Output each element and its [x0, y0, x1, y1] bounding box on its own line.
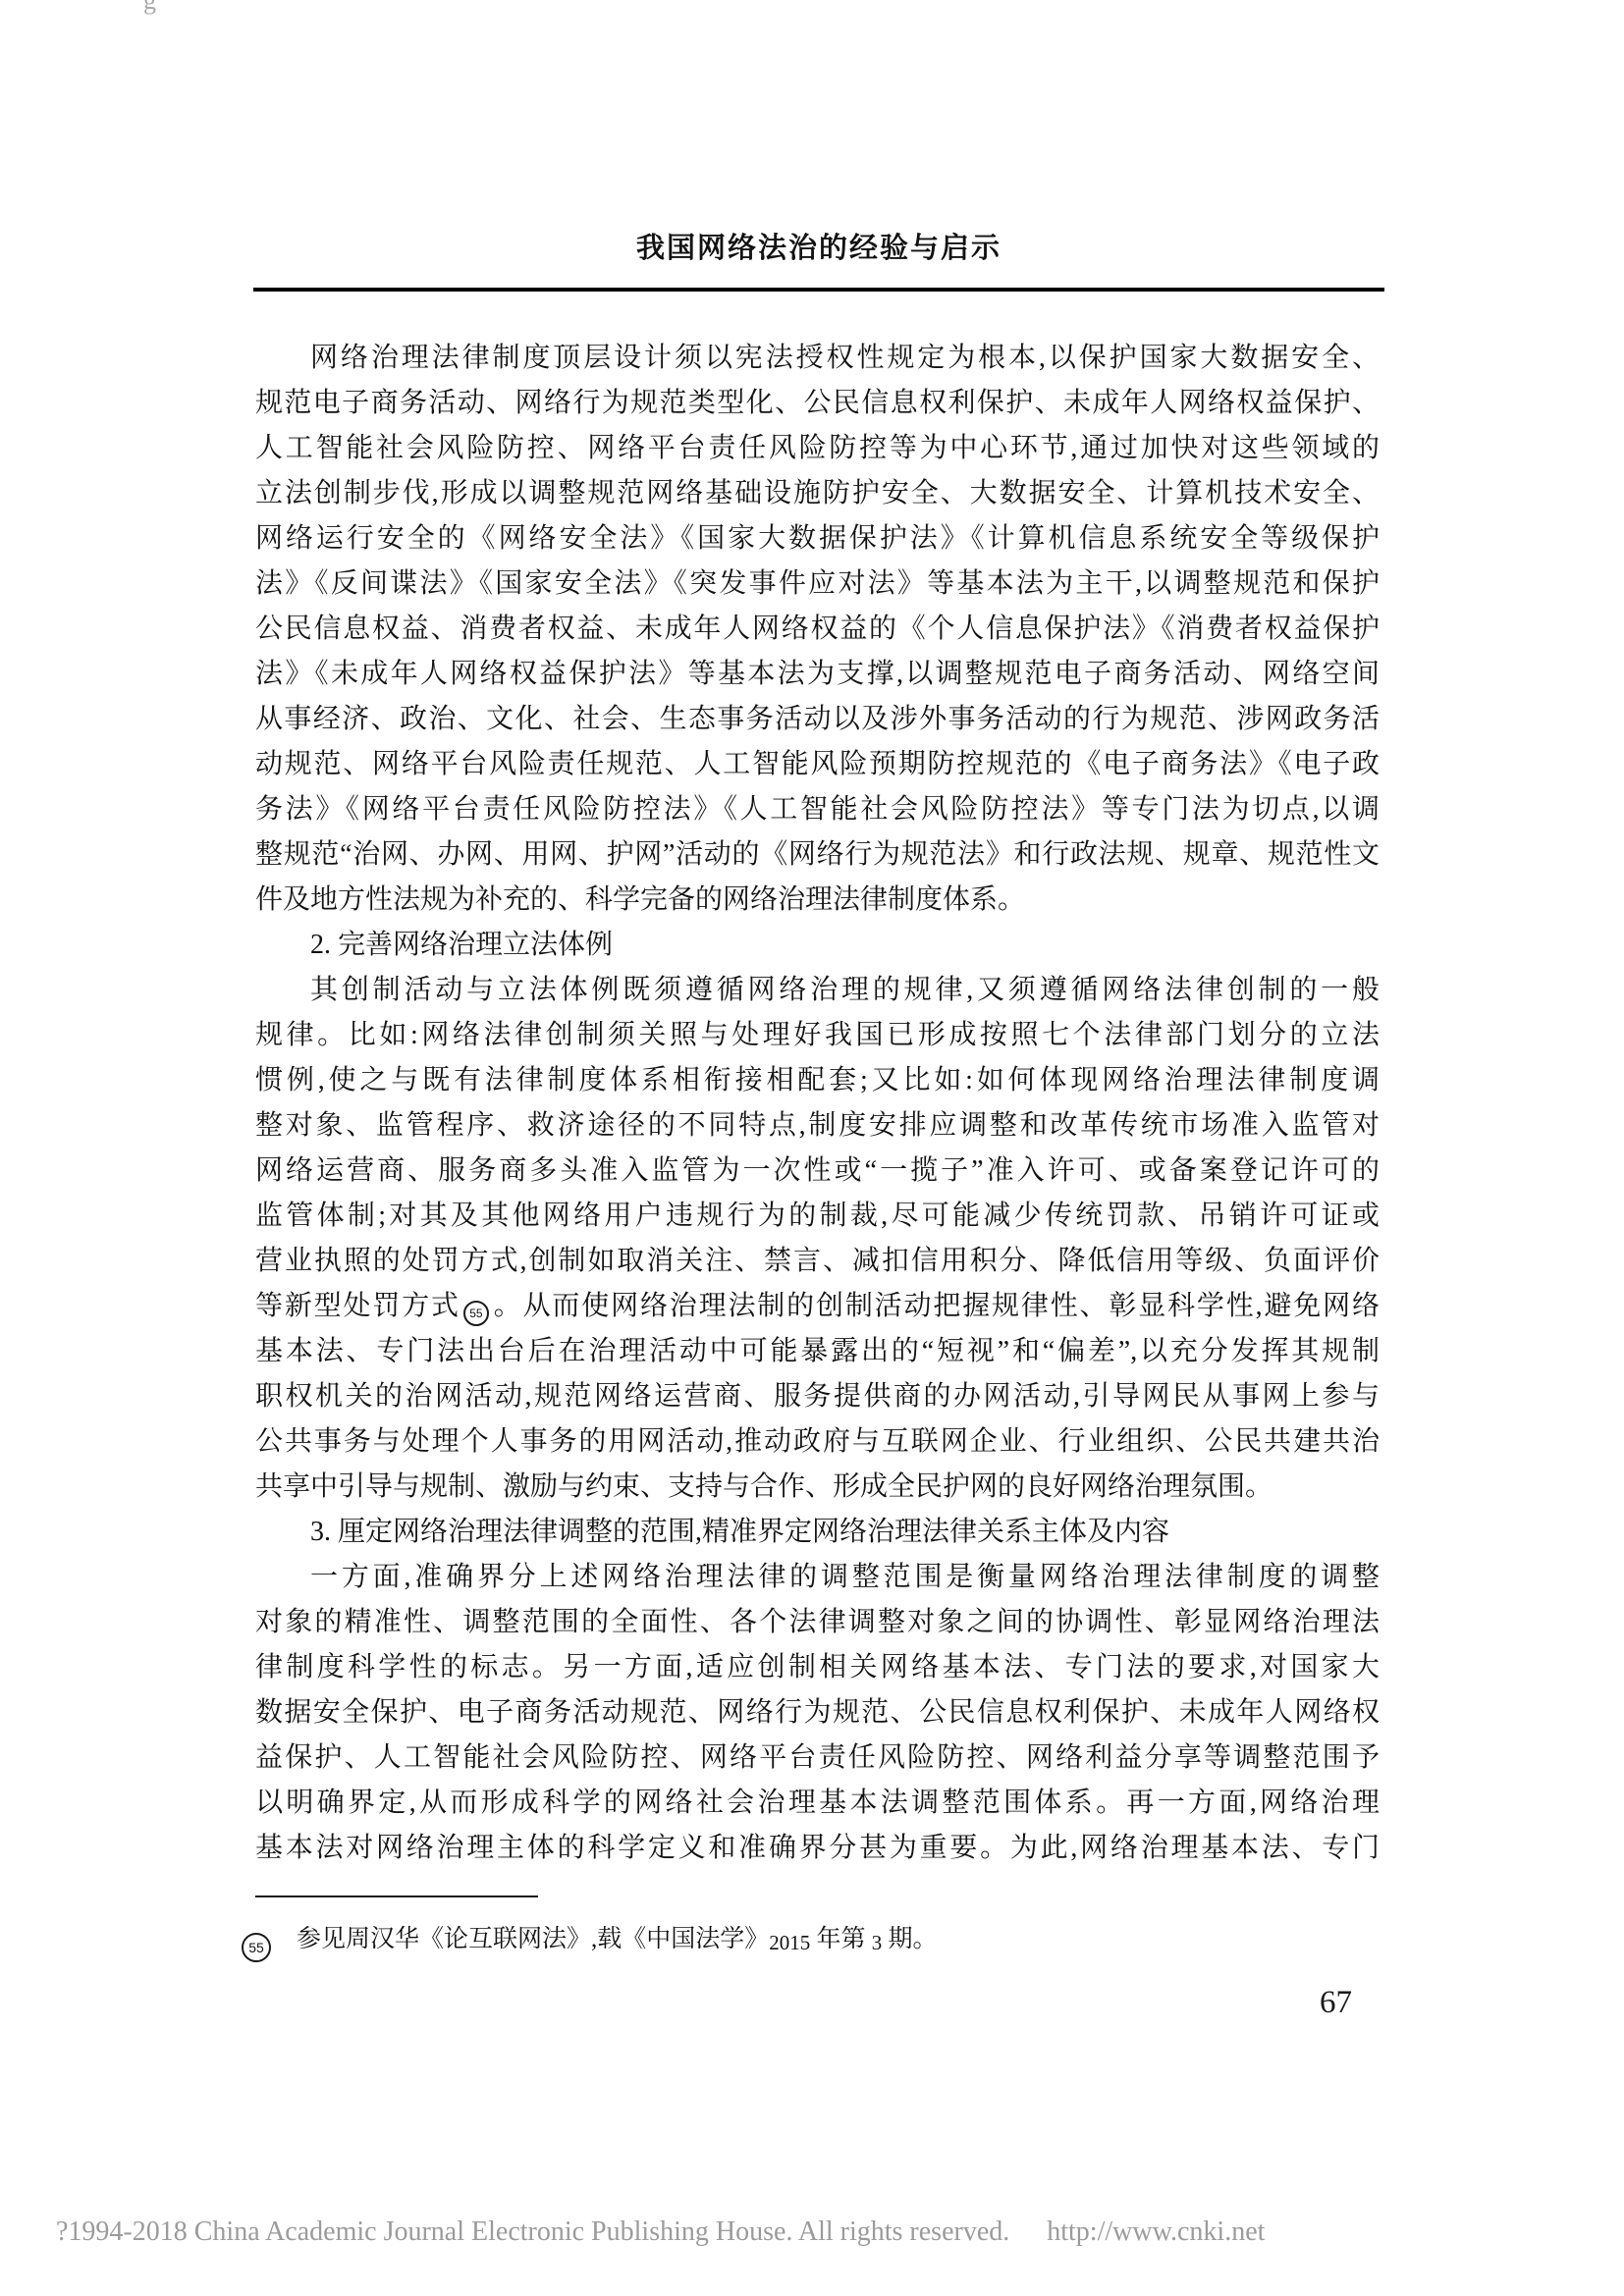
header-rule [253, 288, 1384, 292]
text-line: 动规范、网络平台风险责任规范、人工智能风险预期防控规范的《电子商务法》《电子政 [255, 742, 1380, 787]
journal-page: g 我国网络法治的经验与启示 网络治理法律制度顶层设计须以宪法授权性规定为根本,… [0, 0, 1624, 2296]
footnote-marker: 55 [242, 1933, 271, 1962]
footnote-text-segment: 期。 [882, 1926, 937, 1952]
text-line: 整对象、监管程序、救济途径的不同特点,制度安排应调整和改革传统市场准入监管对 [255, 1103, 1380, 1148]
text-line: 基本法对网络治理主体的科学定义和准确界分甚为重要。为此,网络治理基本法、专门 [255, 1826, 1380, 1871]
text-line: 律制度科学性的标志。另一方面,适应创制相关网络基本法、专门法的要求,对国家大 [255, 1645, 1380, 1690]
text-line: 数据安全保护、电子商务活动规范、网络行为规范、公民信息权利保护、未成年人网络权 [255, 1690, 1380, 1735]
footnote: 55参见周汉华《论互联网法》,载《中国法学》2015 年第 3 期。 [242, 1921, 1380, 1962]
text-line: 益保护、人工智能社会风险防控、网络平台责任风险防控、网络利益分享等调整范围予 [255, 1735, 1380, 1781]
footer-url: http://www.cnki.net [1047, 2216, 1265, 2247]
text-line: 等新型处罚方式55。从而使网络治理法制的创制活动把握规律性、彰显科学性,避免网络 [255, 1284, 1380, 1329]
footnote-text-segment: 年第 [810, 1926, 872, 1952]
text-line: 务法》《网络平台责任风险防控法》《人工智能社会风险防控法》等专门法为切点,以调 [255, 787, 1380, 832]
text-line: 以明确界定,从而形成科学的网络社会治理基本法调整范围体系。再一方面,网络治理 [255, 1781, 1380, 1826]
running-header-title: 我国网络法治的经验与启示 [255, 226, 1382, 266]
text-line: 网络运行安全的《网络安全法》《国家大数据保护法》《计算机信息系统安全等级保护 [255, 516, 1380, 561]
text-line: 人工智能社会风险防控、网络平台责任风险防控等为中心环节,通过加快对这些领域的 [255, 426, 1380, 471]
text-line: 一方面,准确界分上述网络治理法律的调整范围是衡量网络治理法律制度的调整 [255, 1555, 1380, 1600]
footnote-ref-marker: 55 [463, 1301, 489, 1326]
text-line: 规范电子商务活动、网络行为规范类型化、公民信息权利保护、未成年人网络权益保护、 [255, 381, 1380, 426]
text-line: 公民信息权益、消费者权益、未成年人网络权益的《个人信息保护法》《消费者权益保护 [255, 607, 1380, 652]
text-line: 惯例,使之与既有法律制度体系相衔接相配套;又比如:如何体现网络治理法律制度调 [255, 1058, 1380, 1103]
text-line: 营业执照的处罚方式,创制如取消关注、禁言、减扣信用积分、降低信用等级、负面评价 [255, 1239, 1380, 1284]
cnki-footer: ?1994-2018 China Academic Journal Electr… [56, 2216, 1265, 2248]
footnote-text: 参见周汉华《论互联网法》,载《中国法学》2015 年第 3 期。 [297, 1926, 938, 1952]
footnote-text-segment: 参见周汉华《论互联网法》,载《中国法学》 [297, 1926, 769, 1952]
page-number: 67 [1320, 1985, 1352, 2021]
text-line: 法》《反间谍法》《国家安全法》《突发事件应对法》等基本法为主干,以调整规范和保护 [255, 561, 1380, 607]
section-heading: 2. 完善网络治理立法体例 [255, 923, 1380, 968]
scan-artifact: g [143, 0, 156, 16]
text-line: 对象的精准性、调整范围的全面性、各个法律调整对象之间的协调性、彰显网络治理法 [255, 1600, 1380, 1645]
text-line: 网络治理法律制度顶层设计须以宪法授权性规定为根本,以保护国家大数据安全、 [255, 336, 1380, 381]
text-line: 从事经济、政治、文化、社会、生态事务活动以及涉外事务活动的行为规范、涉网政务活 [255, 697, 1380, 742]
text-line: 规律。比如:网络法律创制须关照与处理好我国已形成按照七个法律部门划分的立法 [255, 1013, 1380, 1058]
text-line: 网络运营商、服务商多头准入监管为一次性或“一揽子”准入许可、或备案登记许可的 [255, 1148, 1380, 1194]
text-line: 职权机关的治网活动,规范网络运营商、服务提供商的办网活动,引导网民从事网上参与 [255, 1374, 1380, 1419]
text-line: 立法创制步伐,形成以调整规范网络基础设施防护安全、大数据安全、计算机技术安全、 [255, 471, 1380, 516]
text-line: 整规范“治网、办网、用网、护网”活动的《网络行为规范法》和行政法规、规章、规范性… [255, 832, 1380, 878]
text-line: 共享中引导与规制、激励与约束、支持与合作、形成全民护网的良好网络治理氛围。 [255, 1465, 1380, 1510]
footnote-divider [255, 1896, 538, 1897]
footnote-text-segment: 2015 [769, 1931, 810, 1954]
text-line: 公共事务与处理个人事务的用网活动,推动政府与互联网企业、行业组织、公民共建共治 [255, 1419, 1380, 1465]
copyright-text: ?1994-2018 China Academic Journal Electr… [56, 2216, 1009, 2247]
article-body: 网络治理法律制度顶层设计须以宪法授权性规定为根本,以保护国家大数据安全、规范电子… [255, 336, 1380, 1871]
text-line: 件及地方性法规为补充的、科学完备的网络治理法律制度体系。 [255, 878, 1380, 923]
text-line: 其创制活动与立法体例既须遵循网络治理的规律,又须遵循网络法律创制的一般 [255, 968, 1380, 1013]
section-heading: 3. 厘定网络治理法律调整的范围,精准界定网络治理法律关系主体及内容 [255, 1510, 1380, 1555]
text-line: 法》《未成年人网络权益保护法》等基本法为支撑,以调整规范电子商务活动、网络空间 [255, 652, 1380, 697]
footnote-text-segment: 3 [872, 1931, 883, 1954]
text-line: 监管体制;对其及其他网络用户违规行为的制裁,尽可能减少传统罚款、吊销许可证或 [255, 1194, 1380, 1239]
text-line: 基本法、专门法出台后在治理活动中可能暴露出的“短视”和“偏差”,以充分发挥其规制 [255, 1329, 1380, 1374]
